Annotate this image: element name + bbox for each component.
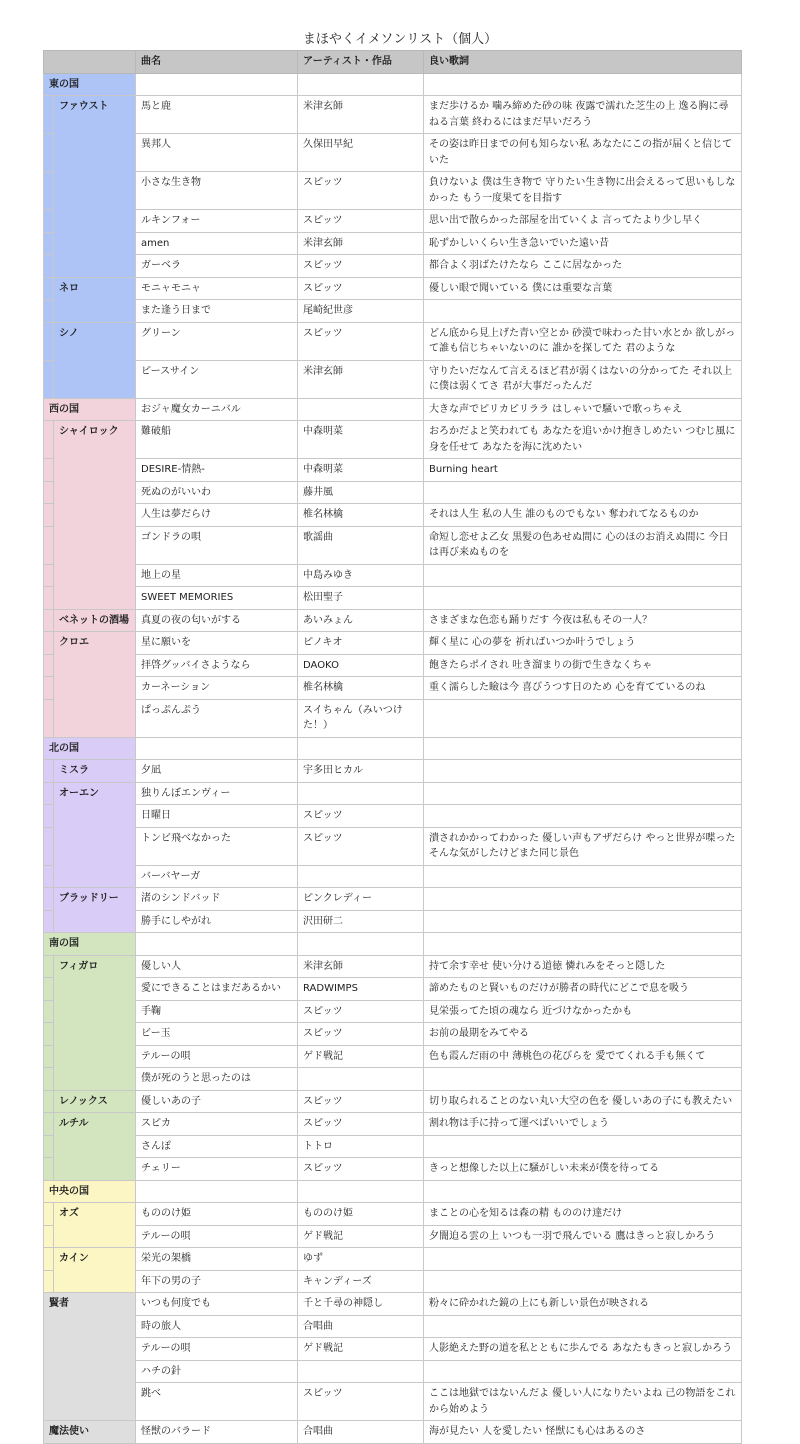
artist-cell (298, 398, 424, 421)
artist-cell: 椎名林檎 (298, 677, 424, 700)
country-row: 南の国 (44, 933, 742, 956)
lyric-cell (424, 481, 742, 504)
song-title-cell: また逢う日まで (136, 300, 298, 323)
table-row: さんぽトトロ (44, 1135, 742, 1158)
song-title-cell: いつも何度でも (136, 1293, 298, 1316)
song-title-cell: モニャモニャ (136, 277, 298, 300)
song-title-cell: 地上の星 (136, 564, 298, 587)
table-row: また逢う日まで尾崎紀世彦 (44, 300, 742, 323)
indent-cell (44, 587, 54, 610)
artist-cell: 中森明菜 (298, 459, 424, 482)
song-title-cell: ルキンフォー (136, 210, 298, 233)
song-title-cell: ピースサイン (136, 360, 298, 398)
table-row: DESIRE-情熱-中森明菜Burning heart (44, 459, 742, 482)
song-title-cell: テルーの唄 (136, 1225, 298, 1248)
table-row: 日曜日スピッツ (44, 805, 742, 828)
header-row: 曲名 アーティスト・作品 良い歌詞 (44, 51, 742, 74)
artist-cell: スピッツ (298, 1158, 424, 1181)
indent-cell (44, 782, 54, 805)
artist-cell: 合唱曲 (298, 1421, 424, 1444)
song-title-cell: ぱっぷんぷう (136, 699, 298, 737)
country-label: 魔法使い (44, 1421, 136, 1444)
song-title-cell: おジャ魔女カーニバル (136, 398, 298, 421)
character-label: フィガロ (54, 955, 136, 1090)
artist-cell: 合唱曲 (298, 1315, 424, 1338)
indent-cell (44, 255, 54, 278)
indent-cell (44, 1270, 54, 1293)
indent-cell (44, 827, 54, 865)
character-label: ミスラ (54, 760, 136, 783)
header-group (44, 51, 136, 74)
artist-cell: DAOKO (298, 654, 424, 677)
artist-cell: もののけ姫 (298, 1203, 424, 1226)
artist-cell: ピンクレディー (298, 888, 424, 911)
table-row: シノグリーンスピッツどん底から見上げた青い空とか 砂漠で味わった甘い水とか 欲し… (44, 322, 742, 360)
empty-cell (136, 73, 298, 96)
country-row: 北の国 (44, 737, 742, 760)
lyric-cell: 恥ずかしいくらい生き急いでいた遠い昔 (424, 232, 742, 255)
song-title-cell: 人生は夢だらけ (136, 504, 298, 527)
artist-cell: ゲド戦記 (298, 1045, 424, 1068)
table-row: ベネットの酒場真夏の夜の匂いがするあいみょんさまざまな色恋も踊りだす 今夜は私も… (44, 609, 742, 632)
table-row: ぱっぷんぷうスイちゃん（みいつけた！） (44, 699, 742, 737)
lyric-cell: 優しい眼で聞いている 僕には重要な言葉 (424, 277, 742, 300)
artist-cell: スピッツ (298, 277, 424, 300)
artist-cell: 歌謡曲 (298, 526, 424, 564)
song-title-cell: 時の旅人 (136, 1315, 298, 1338)
table-row: バーバヤーガ (44, 865, 742, 888)
indent-cell (44, 504, 54, 527)
lyric-cell: 色も霞んだ雨の中 薄桃色の花びらを 愛でてくれる手も無くて (424, 1045, 742, 1068)
character-label: ブラッドリー (54, 888, 136, 933)
table-row: ブラッドリー渚のシンドバッドピンクレディー (44, 888, 742, 911)
country-label: 南の国 (44, 933, 136, 956)
character-label: オーエン (54, 782, 136, 888)
lyric-cell (424, 910, 742, 933)
lyric-cell (424, 782, 742, 805)
lyric-cell: 割れ物は手に持って運べばいいでしょう (424, 1113, 742, 1136)
indent-cell (44, 564, 54, 587)
country-row: 魔法使い怪獣のバラード合唱曲海が見たい 人を愛したい 怪獣にも心はあるのさ (44, 1421, 742, 1444)
song-title-cell: 夕凪 (136, 760, 298, 783)
table-row: テルーの唄ゲド戦記夕闇迫る雲の上 いつも一羽で飛んでいる 鷹はきっと寂しかろう (44, 1225, 742, 1248)
table-row: 拝啓グッバイさようならDAOKO飽きたらポイされ 吐き溜まりの街で生きなくちゃ (44, 654, 742, 677)
header-lyric: 良い歌詞 (424, 51, 742, 74)
artist-cell: 藤井風 (298, 481, 424, 504)
artist-cell: 米津玄師 (298, 955, 424, 978)
song-title-cell: 優しいあの子 (136, 1090, 298, 1113)
table-row: オーエン独りんぼエンヴィー (44, 782, 742, 805)
artist-cell: 米津玄師 (298, 232, 424, 255)
table-row: テルーの唄ゲド戦記人影絶えた野の道を私とともに歩んでる あなたもきっと寂しかろう (44, 1338, 742, 1361)
song-title-cell: 年下の男の子 (136, 1270, 298, 1293)
artist-cell: スピッツ (298, 322, 424, 360)
artist-cell: ピノキオ (298, 632, 424, 655)
indent-cell (44, 1135, 54, 1158)
country-row: 東の国 (44, 73, 742, 96)
song-title-cell: スピカ (136, 1113, 298, 1136)
empty-cell (136, 933, 298, 956)
song-title-cell: グリーン (136, 322, 298, 360)
song-title-cell: 優しい人 (136, 955, 298, 978)
country-label: 中央の国 (44, 1180, 136, 1203)
country-label: 東の国 (44, 73, 136, 96)
song-title-cell: 死ぬのがいいわ (136, 481, 298, 504)
indent-cell (44, 760, 54, 783)
indent-cell (44, 1023, 54, 1046)
lyric-cell (424, 1315, 742, 1338)
table-row: ファウスト馬と鹿米津玄師まだ歩けるか 噛み締めた砂の味 夜露で濡れた芝生の上 逸… (44, 96, 742, 134)
artist-cell: 米津玄師 (298, 360, 424, 398)
artist-cell: ゆず (298, 1248, 424, 1271)
table-row: ミスラ夕凪宇多田ヒカル (44, 760, 742, 783)
indent-cell (44, 322, 54, 360)
character-label: ネロ (54, 277, 136, 322)
artist-cell: ゲド戦記 (298, 1338, 424, 1361)
character-label: ファウスト (54, 96, 136, 278)
indent-cell (44, 421, 54, 459)
indent-cell (44, 805, 54, 828)
lyric-cell: 重く濡らした瞼は今 喜びうつす日のため 心を育てているのね (424, 677, 742, 700)
empty-cell (136, 1180, 298, 1203)
artist-cell: ゲド戦記 (298, 1225, 424, 1248)
header-artist: アーティスト・作品 (298, 51, 424, 74)
indent-cell (44, 865, 54, 888)
lyric-cell (424, 1135, 742, 1158)
table-row: ガーベラスピッツ都合よく羽ばたけたなら ここに居なかった (44, 255, 742, 278)
indent-cell (44, 1225, 54, 1248)
indent-cell (44, 1203, 54, 1226)
table-row: ルチルスピカスピッツ割れ物は手に持って運べばいいでしょう (44, 1113, 742, 1136)
artist-cell: スピッツ (298, 827, 424, 865)
song-title-cell: 星に願いを (136, 632, 298, 655)
artist-cell: 尾崎紀世彦 (298, 300, 424, 323)
artist-cell: スイちゃん（みいつけた！） (298, 699, 424, 737)
lyric-cell: さまざまな色恋も踊りだす 今夜は私もその一人？ (424, 609, 742, 632)
empty-cell (424, 933, 742, 956)
empty-cell (424, 1180, 742, 1203)
artist-cell: 米津玄師 (298, 96, 424, 134)
indent-cell (44, 134, 54, 172)
lyric-cell: 諦めたものと賢いものだけが勝者の時代にどこで息を吸う (424, 978, 742, 1001)
indent-cell (44, 526, 54, 564)
table-row: オズもののけ姫もののけ姫まことの心を知るは森の精 もののけ達だけ (44, 1203, 742, 1226)
indent-cell (44, 677, 54, 700)
indent-cell (44, 360, 54, 398)
artist-cell: RADWIMPS (298, 978, 424, 1001)
empty-cell (298, 1180, 424, 1203)
indent-cell (44, 1000, 54, 1023)
artist-cell: スピッツ (298, 172, 424, 210)
song-title-cell: トンビ飛べなかった (136, 827, 298, 865)
lyric-cell: 守りたいだなんて言えるほど君が弱くはないの分かってた それ以上に僕は弱くてさ 君… (424, 360, 742, 398)
table-row: カーネーション椎名林檎重く濡らした瞼は今 喜びうつす日のため 心を育てているのね (44, 677, 742, 700)
indent-cell (44, 300, 54, 323)
artist-cell: スピッツ (298, 805, 424, 828)
lyric-cell (424, 587, 742, 610)
table-row: amen米津玄師恥ずかしいくらい生き急いでいた遠い昔 (44, 232, 742, 255)
artist-cell: スピッツ (298, 255, 424, 278)
table-row: 時の旅人合唱曲 (44, 1315, 742, 1338)
artist-cell: スピッツ (298, 1383, 424, 1421)
table-row: 死ぬのがいいわ藤井風 (44, 481, 742, 504)
song-title-cell: 怪獣のバラード (136, 1421, 298, 1444)
character-label: クロエ (54, 632, 136, 738)
table-row: ゴンドラの唄歌謡曲命短し恋せよ乙女 黒髪の色あせぬ間に 心のほのお消えぬ間に 今… (44, 526, 742, 564)
table-row: 異邦人久保田早紀その姿は昨日までの何も知らない私 あなたにこの指が届くと信じてい… (44, 134, 742, 172)
table-row: 地上の星中島みゆき (44, 564, 742, 587)
artist-cell (298, 1360, 424, 1383)
indent-cell (44, 459, 54, 482)
song-title-cell: 独りんぼエンヴィー (136, 782, 298, 805)
lyric-cell: 思い出で散らかった部屋を出ていくよ 言ってたより少し早く (424, 210, 742, 233)
table-row: 人生は夢だらけ椎名林檎それは人生 私の人生 誰のものでもない 奪われてなるものか (44, 504, 742, 527)
character-label: カイン (54, 1248, 136, 1293)
artist-cell: 中島みゆき (298, 564, 424, 587)
lyric-cell: 潰されかかってわかった 優しい声もアザだらけ やっと世界が喋った そんな気がした… (424, 827, 742, 865)
lyric-cell: 人影絶えた野の道を私とともに歩んでる あなたもきっと寂しかろう (424, 1338, 742, 1361)
indent-cell (44, 277, 54, 300)
country-label: 西の国 (44, 398, 136, 421)
lyric-cell: Burning heart (424, 459, 742, 482)
indent-cell (44, 232, 54, 255)
lyric-cell (424, 564, 742, 587)
indent-cell (44, 210, 54, 233)
table-row: 年下の男の子キャンディーズ (44, 1270, 742, 1293)
table-row: レノックス優しいあの子スピッツ切り取られることのない丸い大空の色を 優しいあの子… (44, 1090, 742, 1113)
lyric-cell: 飽きたらポイされ 吐き溜まりの街で生きなくちゃ (424, 654, 742, 677)
lyric-cell: お前の最期をみてやる (424, 1023, 742, 1046)
song-title-cell: 渚のシンドバッド (136, 888, 298, 911)
indent-cell (44, 481, 54, 504)
table-row: 小さな生き物スピッツ負けないよ 僕は生き物で 守りたい生き物に出会えるって思いも… (44, 172, 742, 210)
song-title-cell: 異邦人 (136, 134, 298, 172)
table-row: SWEET MEMORIES松田聖子 (44, 587, 742, 610)
song-title-cell: カーネーション (136, 677, 298, 700)
indent-cell (44, 1068, 54, 1091)
lyric-cell (424, 1270, 742, 1293)
song-title-cell: 難破船 (136, 421, 298, 459)
lyric-cell (424, 300, 742, 323)
artist-cell: 宇多田ヒカル (298, 760, 424, 783)
lyric-cell (424, 1248, 742, 1271)
table-row: 僕が死のうと思ったのは (44, 1068, 742, 1091)
lyric-cell (424, 1360, 742, 1383)
empty-cell (298, 737, 424, 760)
indent-cell (44, 1113, 54, 1136)
song-title-cell: 僕が死のうと思ったのは (136, 1068, 298, 1091)
lyric-cell (424, 699, 742, 737)
lyric-cell: 切り取られることのない丸い大空の色を 優しいあの子にも教えたい (424, 1090, 742, 1113)
lyric-cell (424, 865, 742, 888)
song-title-cell: テルーの唄 (136, 1338, 298, 1361)
table-row: テルーの唄ゲド戦記色も霞んだ雨の中 薄桃色の花びらを 愛でてくれる手も無くて (44, 1045, 742, 1068)
song-title-cell: ビー玉 (136, 1023, 298, 1046)
song-title-cell: 愛にできることはまだあるかい (136, 978, 298, 1001)
song-title-cell: 拝啓グッバイさようなら (136, 654, 298, 677)
table-row: クロエ星に願いをピノキオ輝く星に 心の夢を 祈ればいつか叶うでしょう (44, 632, 742, 655)
lyric-cell: まだ歩けるか 噛み締めた砂の味 夜露で濡れた芝生の上 逸る胸に尋ねる言葉 終わる… (424, 96, 742, 134)
artist-cell (298, 1068, 424, 1091)
song-title-cell: もののけ姫 (136, 1203, 298, 1226)
page-title: まほやくイメソンリスト（個人） (0, 28, 800, 47)
artist-cell: あいみょん (298, 609, 424, 632)
lyric-cell: どん底から見上げた青い空とか 砂漠で味わった甘い水とか 欲しがって誰も信じちゃい… (424, 322, 742, 360)
table-row: ハチの針 (44, 1360, 742, 1383)
song-title-cell: 跳べ (136, 1383, 298, 1421)
indent-cell (44, 1158, 54, 1181)
country-label: 賢者 (44, 1293, 136, 1421)
lyric-cell (424, 805, 742, 828)
song-title-cell: ガーベラ (136, 255, 298, 278)
table-row: チェリースピッツきっと想像した以上に騒がしい未来が僕を待ってる (44, 1158, 742, 1181)
lyric-cell: 都合よく羽ばたけたなら ここに居なかった (424, 255, 742, 278)
character-label: レノックス (54, 1090, 136, 1113)
indent-cell (44, 172, 54, 210)
empty-cell (136, 737, 298, 760)
indent-cell (44, 654, 54, 677)
indent-cell (44, 1090, 54, 1113)
table-row: 跳べスピッツここは地獄ではないんだよ 優しい人になりたいよね 己の物語をこれから… (44, 1383, 742, 1421)
character-label: シノ (54, 322, 136, 398)
empty-cell (298, 933, 424, 956)
character-label: ベネットの酒場 (54, 609, 136, 632)
empty-cell (424, 73, 742, 96)
indent-cell (44, 699, 54, 737)
lyric-cell: 輝く星に 心の夢を 祈ればいつか叶うでしょう (424, 632, 742, 655)
indent-cell (44, 632, 54, 655)
song-title-cell: テルーの唄 (136, 1045, 298, 1068)
song-title-cell: 勝手にしやがれ (136, 910, 298, 933)
table-row: 勝手にしやがれ沢田研二 (44, 910, 742, 933)
song-title-cell: さんぽ (136, 1135, 298, 1158)
indent-cell (44, 96, 54, 134)
lyric-cell: 持て余す幸せ 使い分ける道徳 憐れみをそっと隠した (424, 955, 742, 978)
empty-cell (298, 73, 424, 96)
lyric-cell: ここは地獄ではないんだよ 優しい人になりたいよね 己の物語をこれから始めよう (424, 1383, 742, 1421)
song-table: 曲名 アーティスト・作品 良い歌詞 東の国ファウスト馬と鹿米津玄師まだ歩けるか … (43, 50, 742, 1444)
lyric-cell (424, 760, 742, 783)
table-row: トンビ飛べなかったスピッツ潰されかかってわかった 優しい声もアザだらけ やっと世… (44, 827, 742, 865)
song-title-cell: バーバヤーガ (136, 865, 298, 888)
empty-cell (424, 737, 742, 760)
song-title-cell: amen (136, 232, 298, 255)
artist-cell: スピッツ (298, 1023, 424, 1046)
lyric-cell: その姿は昨日までの何も知らない私 あなたにこの指が届くと信じていた (424, 134, 742, 172)
country-label: 北の国 (44, 737, 136, 760)
artist-cell (298, 782, 424, 805)
lyric-cell (424, 888, 742, 911)
artist-cell: 沢田研二 (298, 910, 424, 933)
table-row: ネロモニャモニャスピッツ優しい眼で聞いている 僕には重要な言葉 (44, 277, 742, 300)
artist-cell (298, 865, 424, 888)
artist-cell: スピッツ (298, 210, 424, 233)
character-label: オズ (54, 1203, 136, 1248)
indent-cell (44, 955, 54, 978)
song-title-cell: ハチの針 (136, 1360, 298, 1383)
artist-cell: スピッツ (298, 1113, 424, 1136)
lyric-cell: 命短し恋せよ乙女 黒髪の色あせぬ間に 心のほのお消えぬ間に 今日は再び来ぬものを (424, 526, 742, 564)
song-title-cell: SWEET MEMORIES (136, 587, 298, 610)
song-title-cell: 馬と鹿 (136, 96, 298, 134)
table-row: 愛にできることはまだあるかいRADWIMPS諦めたものと賢いものだけが勝者の時代… (44, 978, 742, 1001)
table-row: ビー玉スピッツお前の最期をみてやる (44, 1023, 742, 1046)
table-body: 東の国ファウスト馬と鹿米津玄師まだ歩けるか 噛み締めた砂の味 夜露で濡れた芝生の… (44, 73, 742, 1443)
indent-cell (44, 1248, 54, 1271)
country-row: 賢者いつも何度でも千と千尋の神隠し粉々に砕かれた鏡の上にも新しい景色が映される (44, 1293, 742, 1316)
indent-cell (44, 910, 54, 933)
song-title-cell: 栄光の架橋 (136, 1248, 298, 1271)
artist-cell: スピッツ (298, 1090, 424, 1113)
artist-cell: スピッツ (298, 1000, 424, 1023)
artist-cell: 中森明菜 (298, 421, 424, 459)
table-row: フィガロ優しい人米津玄師持て余す幸せ 使い分ける道徳 憐れみをそっと隠した (44, 955, 742, 978)
artist-cell: 椎名林檎 (298, 504, 424, 527)
header-song: 曲名 (136, 51, 298, 74)
lyric-cell: おろかだよと笑われても あなたを追いかけ抱きしめたい つむじ風に身を任せて あな… (424, 421, 742, 459)
indent-cell (44, 978, 54, 1001)
lyric-cell: それは人生 私の人生 誰のものでもない 奪われてなるものか (424, 504, 742, 527)
indent-cell (44, 888, 54, 911)
song-title-cell: チェリー (136, 1158, 298, 1181)
country-row: 西の国おジャ魔女カーニバル大きな声でピリカピリララ はしゃいで騒いで歌っちゃえ (44, 398, 742, 421)
song-title-cell: 小さな生き物 (136, 172, 298, 210)
table-row: カイン栄光の架橋ゆず (44, 1248, 742, 1271)
lyric-cell: 大きな声でピリカピリララ はしゃいで騒いで歌っちゃえ (424, 398, 742, 421)
lyric-cell (424, 1068, 742, 1091)
song-title-cell: ゴンドラの唄 (136, 526, 298, 564)
indent-cell (44, 609, 54, 632)
country-row: 中央の国 (44, 1180, 742, 1203)
artist-cell: 松田聖子 (298, 587, 424, 610)
song-title-cell: 真夏の夜の匂いがする (136, 609, 298, 632)
table-row: 手鞠スピッツ見栄張ってた頃の魂なら 近づけなかったかも (44, 1000, 742, 1023)
song-title-cell: 手鞠 (136, 1000, 298, 1023)
lyric-cell: 見栄張ってた頃の魂なら 近づけなかったかも (424, 1000, 742, 1023)
artist-cell: キャンディーズ (298, 1270, 424, 1293)
table-row: ルキンフォースピッツ思い出で散らかった部屋を出ていくよ 言ってたより少し早く (44, 210, 742, 233)
song-title-cell: 日曜日 (136, 805, 298, 828)
artist-cell: トトロ (298, 1135, 424, 1158)
artist-cell: 千と千尋の神隠し (298, 1293, 424, 1316)
character-label: ルチル (54, 1113, 136, 1181)
lyric-cell: 夕闇迫る雲の上 いつも一羽で飛んでいる 鷹はきっと寂しかろう (424, 1225, 742, 1248)
lyric-cell: きっと想像した以上に騒がしい未来が僕を待ってる (424, 1158, 742, 1181)
character-label: シャイロック (54, 421, 136, 610)
artist-cell: 久保田早紀 (298, 134, 424, 172)
lyric-cell: まことの心を知るは森の精 もののけ達だけ (424, 1203, 742, 1226)
lyric-cell: 粉々に砕かれた鏡の上にも新しい景色が映される (424, 1293, 742, 1316)
table-row: シャイロック難破船中森明菜おろかだよと笑われても あなたを追いかけ抱きしめたい … (44, 421, 742, 459)
indent-cell (44, 1045, 54, 1068)
lyric-cell: 海が見たい 人を愛したい 怪獣にも心はあるのさ (424, 1421, 742, 1444)
lyric-cell: 負けないよ 僕は生き物で 守りたい生き物に出会えるって思いもしなかった もう一度… (424, 172, 742, 210)
table-row: ピースサイン米津玄師守りたいだなんて言えるほど君が弱くはないの分かってた それ以… (44, 360, 742, 398)
song-title-cell: DESIRE-情熱- (136, 459, 298, 482)
